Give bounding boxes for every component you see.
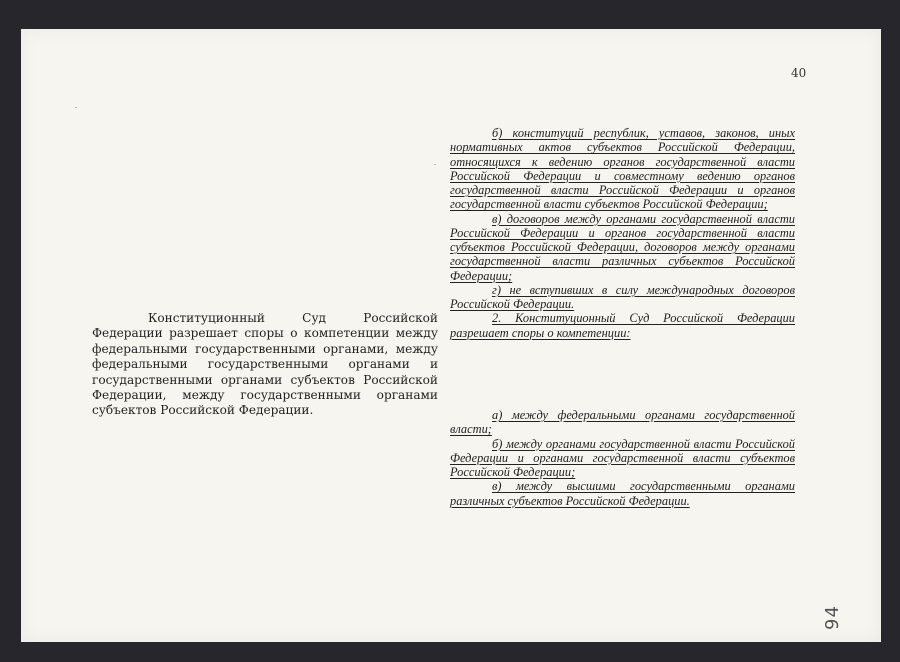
clause-2-competence: 2. Конституционный Суд Российской Федера…	[450, 311, 795, 340]
clause-v-treaties: в) договоров между органами государствен…	[450, 212, 795, 283]
page-number: 40	[791, 66, 806, 80]
clause-b-federal-regional: б) между органами государственной власти…	[450, 437, 795, 480]
clause-v-regional: в) между высшими государственными органа…	[450, 479, 795, 508]
left-column-text: Конституционный Суд Российской Федерации…	[92, 311, 438, 419]
clause-b-constitutions: б) конституций республик, уставов, закон…	[450, 126, 795, 212]
left-paragraph: Конституционный Суд Российской Федерации…	[92, 311, 438, 419]
right-column-bottom: а) между федеральными органами государст…	[450, 408, 795, 508]
handwritten-sheet-number: 94	[822, 605, 843, 630]
clause-g-international: г) не вступивших в силу международных до…	[450, 283, 795, 312]
clause-a-federal: а) между федеральными органами государст…	[450, 408, 795, 437]
right-column-top: б) конституций республик, уставов, закон…	[450, 126, 795, 340]
scan-speck	[75, 107, 77, 108]
scan-speck	[434, 164, 436, 165]
